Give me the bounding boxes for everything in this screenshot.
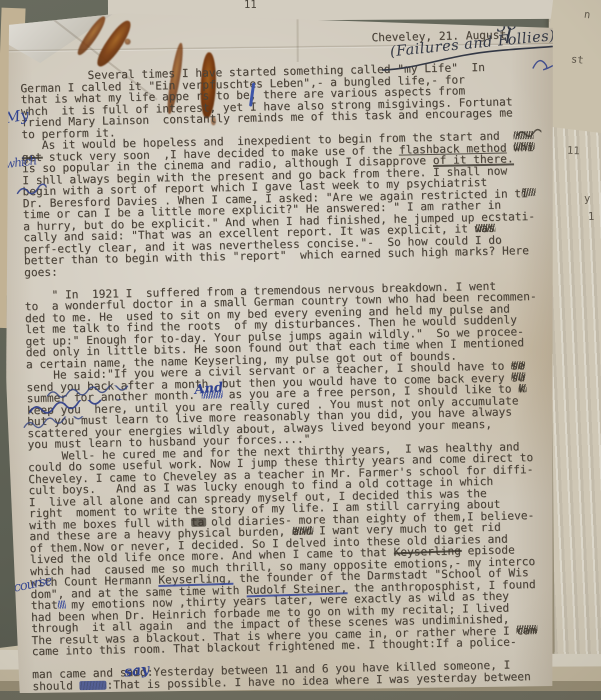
handwritten-scribble — [21, 415, 121, 432]
edge-fragment: 1 — [588, 212, 594, 223]
handwritten-scribble — [14, 183, 46, 199]
handwritten-inline-and: And — [194, 380, 224, 398]
handwritten-inline-say: say — [123, 662, 150, 681]
typescript-body: Several times I have started something c… — [20, 61, 560, 692]
typed-text-block: Cheveley, 21. August Several times I hav… — [20, 61, 560, 695]
handwritten-scribble — [515, 127, 541, 140]
page-number-side: 11 — [567, 146, 580, 158]
photo-of-typescript-page: 11 n st 11 y 1 Cheveley, 21. August Seve… — [0, 0, 601, 700]
rust-stain — [125, 39, 131, 45]
edge-fragment: st — [570, 54, 584, 66]
page-number-top: 11 — [244, 0, 257, 11]
handwritten-scribble — [27, 399, 147, 417]
edge-fragment: y — [584, 194, 590, 205]
bottom-stack-strip-4 — [0, 691, 601, 700]
typescript-page: Cheveley, 21. August Several times I hav… — [5, 9, 564, 693]
